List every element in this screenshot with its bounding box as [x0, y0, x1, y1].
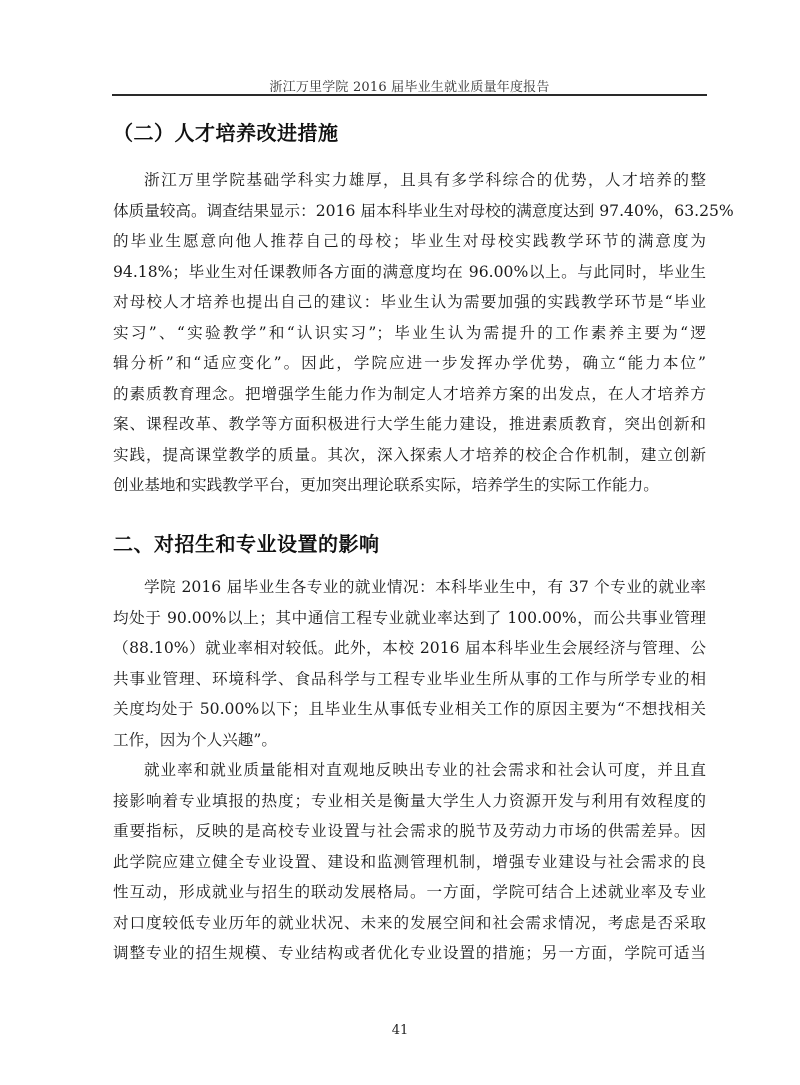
paragraph-talent-measures: 浙江万里学院基础学科实力雄厚，且具有多学科综合的优势，人才培养的整 体质量较高。… [113, 165, 706, 501]
text-line: 浙江万里学院基础学科实力雄厚，且具有多学科综合的优势，人才培养的整 [113, 165, 706, 196]
text-line: 体质量较高。调查结果显示：2016 届本科毕业生对母校的满意度达到 97.40%… [113, 196, 706, 227]
text-line: 接影响着专业填报的热度；专业相关是衡量大学生人力资源开发与利用有效程度的 [113, 786, 706, 817]
paragraph-employment-quality: 就业率和就业质量能相对直观地反映出专业的社会需求和社会认可度，并且直 接影响着专… [113, 755, 706, 969]
text-line: 案、课程改革、教学等方面积极进行大学生能力建设，推进素质教育，突出创新和 [113, 409, 706, 440]
text-line: 均处于 90.00%以上；其中通信工程专业就业率达到了 100.00%，而公共事… [113, 603, 706, 634]
text-line: 实践，提高课堂教学的质量。其次，深入探索人才培养的校企合作机制，建立创新 [113, 440, 706, 471]
text-line: 94.18%；毕业生对任课教师各方面的满意度均在 96.00%以上。与此同时，毕… [113, 257, 706, 288]
running-header: 浙江万里学院 2016 届毕业生就业质量年度报告 [112, 76, 707, 95]
page-number: 41 [0, 1023, 800, 1038]
text-line: 对母校人才培养也提出自己的建议：毕业生认为需要加强的实践教学环节是“毕业 [113, 287, 706, 318]
paragraph-employment-rates: 学院 2016 届毕业生各专业的就业情况：本科毕业生中，有 37 个专业的就业率… [113, 572, 706, 755]
text-line: 工作，因为个人兴趣”。 [113, 725, 706, 756]
text-line: 此学院应建立健全专业设置、建设和监测管理机制，增强专业建设与社会需求的良 [113, 847, 706, 878]
text-line: （88.10%）就业率相对较低。此外，本校 2016 届本科毕业生会展经济与管理… [113, 633, 706, 664]
text-line: 的素质教育理念。把增强学生能力作为制定人才培养方案的出发点，在人才培养方 [113, 379, 706, 410]
text-line: 关度均处于 50.00%以下；且毕业生从事低专业相关工作的原因主要为“不想找相关 [113, 694, 706, 725]
text-line: 创业基地和实践教学平台，更加突出理论联系实际，培养学生的实际工作能力。 [113, 470, 706, 501]
text-line: 学院 2016 届毕业生各专业的就业情况：本科毕业生中，有 37 个专业的就业率 [113, 572, 706, 603]
header-rule [112, 94, 707, 96]
text-line: 对口度较低专业历年的就业状况、未来的发展空间和社会需求情况，考虑是否采取 [113, 908, 706, 939]
text-line: 重要指标，反映的是高校专业设置与社会需求的脱节及劳动力市场的供需差异。因 [113, 816, 706, 847]
text-line: 调整专业的招生规模、专业结构或者优化专业设置的措施；另一方面，学院可适当 [113, 938, 706, 969]
section-heading-enrollment-impact: 二、对招生和专业设置的影响 [113, 528, 380, 557]
section-heading-talent-measures: （二）人才培养改进措施 [113, 117, 339, 146]
text-line: 辑分析”和“适应变化”。因此，学院应进一步发挥办学优势，确立“能力本位” [113, 348, 706, 379]
text-line: 的毕业生愿意向他人推荐自己的母校；毕业生对母校实践教学环节的满意度为 [113, 226, 706, 257]
text-line: 性互动，形成就业与招生的联动发展格局。一方面，学院可结合上述就业率及专业 [113, 877, 706, 908]
text-line: 共事业管理、环境科学、食品科学与工程专业毕业生所从事的工作与所学专业的相 [113, 664, 706, 695]
text-line: 实习”、“实验教学”和“认识实习”；毕业生认为需提升的工作素养主要为“逻 [113, 318, 706, 349]
text-line: 就业率和就业质量能相对直观地反映出专业的社会需求和社会认可度，并且直 [113, 755, 706, 786]
